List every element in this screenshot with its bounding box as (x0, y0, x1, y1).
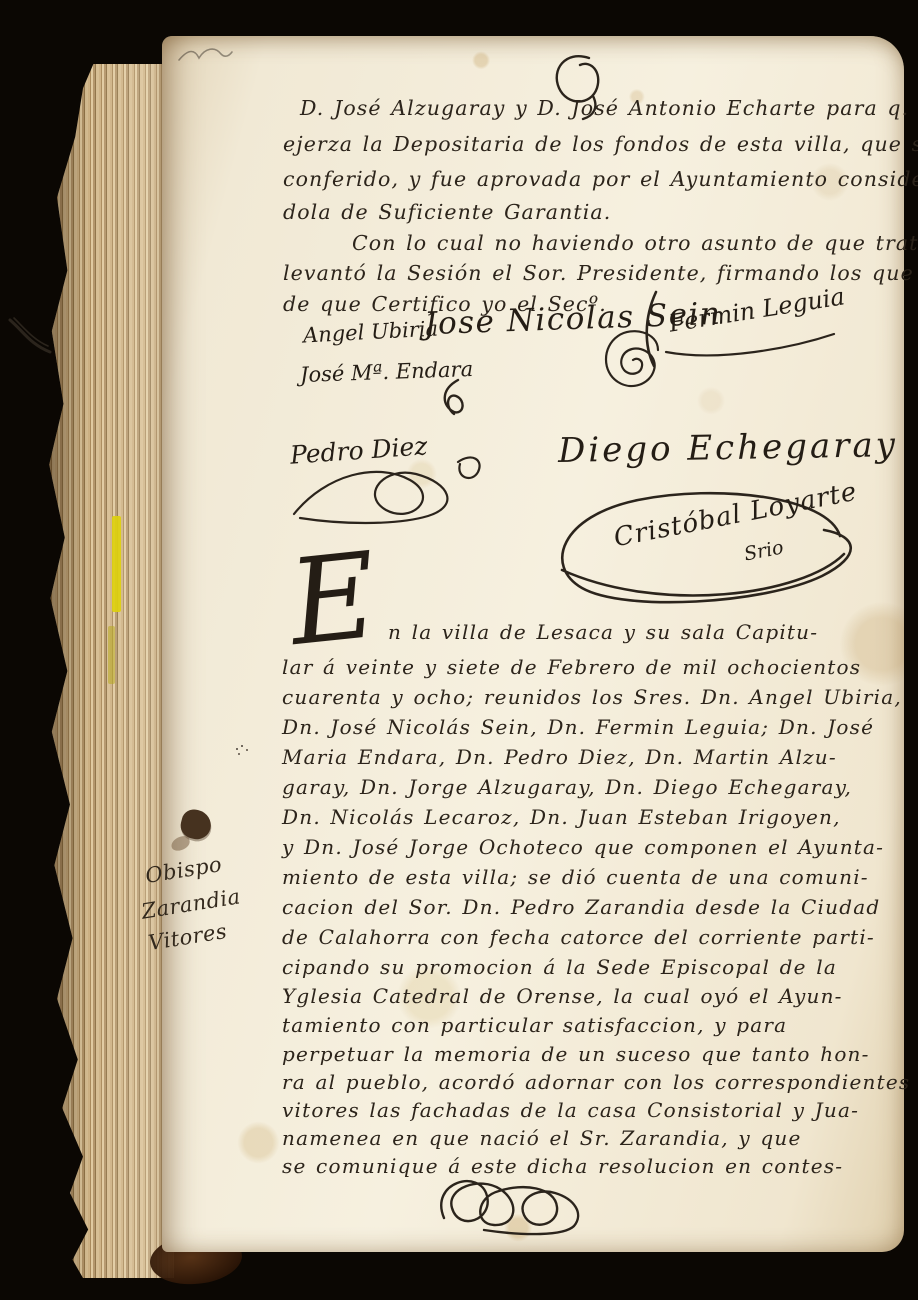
entry-line: de Calahorra con fecha catorce del corri… (282, 925, 875, 949)
entry-line: vitores las fachadas de la casa Consisto… (282, 1098, 859, 1122)
entry-line: ra al pueblo, acordó adornar con los cor… (282, 1070, 910, 1094)
entry-line: cipando su promocion á la Sede Episcopal… (282, 955, 837, 979)
entry-line: miento de esta villa; se dió cuenta de u… (282, 865, 869, 889)
ink-specks (236, 748, 238, 750)
signature-underline-flourish (660, 330, 840, 362)
paper-thread (4, 314, 56, 358)
paragraph2-line: Con lo cual no haviendo otro asunto de q… (352, 231, 918, 255)
paragraph2-line: levantó la Sesión el Sor. Presidente, fi… (283, 261, 918, 285)
entry-line: namenea en que nació el Sr. Zarandia, y … (282, 1126, 802, 1150)
yellow-edge-streak-faint (108, 626, 115, 684)
entry-line: tamiento con particular satisfaccion, y … (282, 1013, 787, 1037)
pedro-diez-flourish (282, 450, 492, 532)
entry-line: garay, Dn. Jorge Alzugaray, Dn. Diego Ec… (282, 775, 852, 799)
spiral-flourish (592, 322, 670, 400)
endara-flourish (436, 376, 470, 418)
entry-line: cacion del Sor. Dn. Pedro Zarandia desde… (282, 895, 880, 919)
entry-line: y Dn. José Jorge Ochoteco que componen e… (282, 835, 884, 859)
entry-line: Dn. José Nicolás Sein, Dn. Fermin Leguia… (282, 715, 874, 739)
entry-line: perpetuar la memoria de un suceso que ta… (282, 1042, 870, 1066)
entry-line: n la villa de Lesaca y su sala Capitu- (388, 620, 818, 644)
paragraph1-line: conferido, y fue aprovada por el Ayuntam… (283, 167, 918, 191)
signature-diego-echegaray: Diego Echegaray (558, 425, 899, 471)
entry-line: cuarenta y ocho; reunidos los Sres. Dn. … (282, 685, 902, 709)
drop-cap-initial: E (284, 536, 382, 662)
entry-line: lar á veinte y siete de Febrero de mil o… (282, 655, 861, 679)
entry-line: Yglesia Catedral de Orense, la cual oyó … (282, 984, 843, 1008)
entry-line: Dn. Nicolás Lecaroz, Dn. Juan Esteban Ir… (282, 805, 841, 829)
yellow-edge-streak (112, 516, 121, 612)
triple-loop-flourish (424, 1162, 599, 1244)
paragraph1-line: dola de Suficiente Garantia. (283, 200, 611, 224)
entry-line: Maria Endara, Dn. Pedro Diez, Dn. Martin… (282, 745, 837, 769)
pencil-mark (175, 42, 235, 68)
paragraph1-line: D. José Alzugaray y D. José Antonio Echa… (300, 96, 909, 120)
paragraph1-line: ejerza la Depositaria de los fondos de e… (283, 132, 918, 156)
